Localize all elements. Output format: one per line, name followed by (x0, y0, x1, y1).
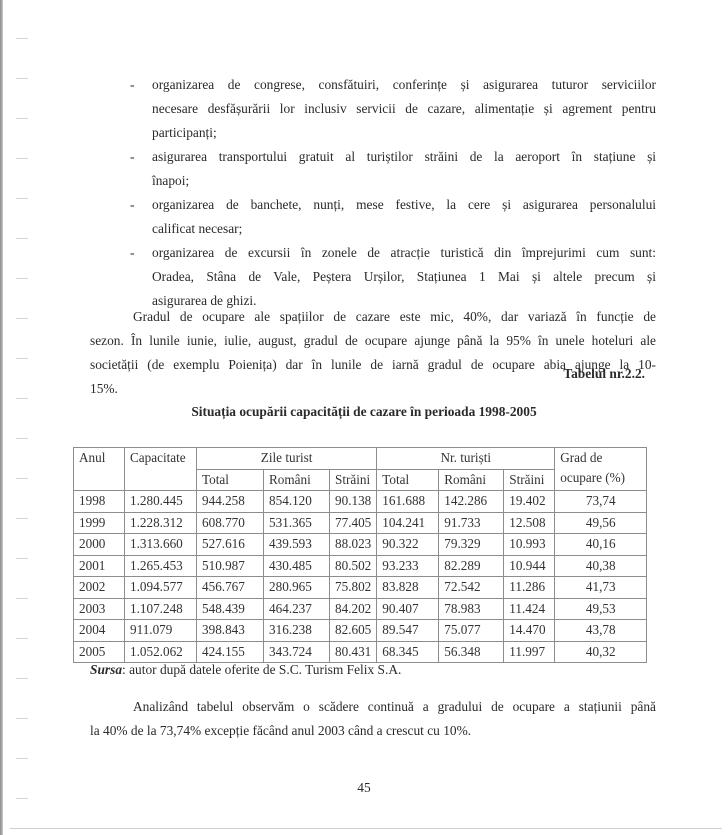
paragraph-1-line-1: Gradul de ocupare ale spațiilor de cazar… (133, 309, 656, 325)
table-cell: 82.605 (330, 620, 377, 642)
table-cell: 161.688 (377, 491, 439, 513)
table-cell: 40,38 (555, 555, 647, 577)
bullet-marker: - (130, 77, 134, 93)
table-cell: 80.502 (330, 555, 377, 577)
table-source: Sursa: autor după datele oferite de S.C.… (90, 662, 401, 678)
table-cell: 398.843 (197, 620, 264, 642)
bullet-4-line-2: Oradea, Stâna de Vale, Peștera Urșilor, … (152, 269, 656, 285)
table-cell: 77.405 (330, 512, 377, 534)
header-occupancy-line-1: Grad de (560, 448, 641, 468)
edge-mark (16, 278, 28, 279)
table-cell: 911.079 (125, 620, 197, 642)
table-cell: 40,16 (555, 534, 647, 556)
bullet-marker: - (130, 197, 134, 213)
table-cell: 104.241 (377, 512, 439, 534)
table-cell: 90.138 (330, 491, 377, 513)
table-cell: 82.289 (439, 555, 504, 577)
table-cell: 548.439 (197, 598, 264, 620)
source-label: Sursa (90, 662, 122, 677)
header-capacity: Capacitate (125, 448, 197, 491)
table-cell: 79.329 (439, 534, 504, 556)
table-cell: 1998 (74, 491, 125, 513)
table-body: 19981.280.445944.258854.12090.138161.688… (74, 491, 647, 663)
table-cell: 75.802 (330, 577, 377, 599)
edge-mark (16, 198, 28, 199)
table-cell: 83.828 (377, 577, 439, 599)
header-tourists-romanians: Români (439, 469, 504, 491)
bullet-marker: - (130, 149, 134, 165)
table-cell: 78.983 (439, 598, 504, 620)
table-cell: 41,73 (555, 577, 647, 599)
header-tourists-foreigners: Străini (504, 469, 555, 491)
table-cell: 10.993 (504, 534, 555, 556)
paragraph-1-line-4: 15%. (90, 381, 118, 397)
edge-mark (16, 798, 28, 799)
table-row: 20021.094.577456.767280.96575.80283.8287… (74, 577, 647, 599)
header-days-foreigners: Străini (330, 469, 377, 491)
table-cell: 2001 (74, 555, 125, 577)
bullet-4-line-1: organizarea de excursii în zonele de atr… (152, 245, 656, 261)
edge-mark (16, 758, 28, 759)
table-cell: 2005 (74, 641, 125, 663)
table-cell: 40,32 (555, 641, 647, 663)
table-cell: 11.286 (504, 577, 555, 599)
occupancy-table: Anul Capacitate Zile turist Nr. turiști … (73, 447, 647, 663)
table-cell: 2004 (74, 620, 125, 642)
header-tourists-total: Total (377, 469, 439, 491)
table-cell: 2000 (74, 534, 125, 556)
table-cell: 944.258 (197, 491, 264, 513)
bullet-3-line-2: calificat necesar; (152, 221, 242, 237)
edge-mark (16, 158, 28, 159)
table-cell: 68.345 (377, 641, 439, 663)
source-text: : autor după datele oferite de S.C. Turi… (122, 662, 401, 677)
table-cell: 72.542 (439, 577, 504, 599)
bullet-3-line-1: organizarea de banchete, nunți, mese fes… (152, 197, 656, 213)
table-cell: 439.593 (264, 534, 330, 556)
page-number: 45 (0, 780, 728, 796)
table-cell: 88.023 (330, 534, 377, 556)
table-cell: 1999 (74, 512, 125, 534)
table-cell: 854.120 (264, 491, 330, 513)
table-reference: Tabelul nr.2.2. (563, 366, 645, 382)
table-cell: 93.233 (377, 555, 439, 577)
edge-mark (16, 638, 28, 639)
table-row: 20051.052.062424.155343.72480.43168.3455… (74, 641, 647, 663)
table-row: 20001.313.660527.616439.59388.02390.3227… (74, 534, 647, 556)
bullet-1-line-2: necesare desfășurării lor inclusiv servi… (152, 101, 656, 117)
table-cell: 142.286 (439, 491, 504, 513)
table-row: 20031.107.248548.439464.23784.20290.4077… (74, 598, 647, 620)
edge-mark (16, 598, 28, 599)
bullet-2-line-2: înapoi; (152, 173, 189, 189)
paragraph-2-line-2: la 40% de la 73,74% excepție făcând anul… (90, 723, 471, 739)
table-cell: 1.265.453 (125, 555, 197, 577)
bullet-2-line-1: asigurarea transportului gratuit al turi… (152, 149, 656, 165)
table-cell: 49,56 (555, 512, 647, 534)
table-cell: 84.202 (330, 598, 377, 620)
table-row: 19991.228.312608.770531.36577.405104.241… (74, 512, 647, 534)
table-cell: 75.077 (439, 620, 504, 642)
table-cell: 510.987 (197, 555, 264, 577)
table-cell: 10.944 (504, 555, 555, 577)
table-cell: 424.155 (197, 641, 264, 663)
bullet-4-line-3: asigurarea de ghizi. (152, 293, 256, 309)
table-cell: 11.424 (504, 598, 555, 620)
table-row: 19981.280.445944.258854.12090.138161.688… (74, 491, 647, 513)
edge-mark (16, 38, 28, 39)
table-cell: 1.228.312 (125, 512, 197, 534)
edge-mark (16, 718, 28, 719)
table-cell: 1.107.248 (125, 598, 197, 620)
table-cell: 316.238 (264, 620, 330, 642)
table-cell: 464.237 (264, 598, 330, 620)
edge-mark (16, 318, 28, 319)
table-cell: 2003 (74, 598, 125, 620)
table-cell: 2002 (74, 577, 125, 599)
table-cell: 280.965 (264, 577, 330, 599)
table-cell: 43,78 (555, 620, 647, 642)
table-cell: 1.280.445 (125, 491, 197, 513)
table-cell: 90.407 (377, 598, 439, 620)
header-year: Anul (74, 448, 125, 491)
header-tourists: Nr. turiști (377, 448, 555, 470)
table-cell: 90.322 (377, 534, 439, 556)
table-cell: 527.616 (197, 534, 264, 556)
edge-mark (16, 478, 28, 479)
header-days-total: Total (197, 469, 264, 491)
table-cell: 11.997 (504, 641, 555, 663)
bullet-marker: - (130, 245, 134, 261)
edge-mark (16, 358, 28, 359)
table-cell: 12.508 (504, 512, 555, 534)
header-occupancy-line-2: ocupare (%) (560, 468, 641, 488)
header-occupancy: Grad de ocupare (%) (555, 448, 647, 491)
table-cell: 531.365 (264, 512, 330, 534)
table-header-row-1: Anul Capacitate Zile turist Nr. turiști … (74, 448, 647, 470)
edge-mark (16, 238, 28, 239)
table-cell: 343.724 (264, 641, 330, 663)
table-cell: 91.733 (439, 512, 504, 534)
edge-mark (16, 398, 28, 399)
table-cell: 1.052.062 (125, 641, 197, 663)
edge-mark (16, 118, 28, 119)
table-cell: 73,74 (555, 491, 647, 513)
table-cell: 19.402 (504, 491, 555, 513)
edge-mark (16, 518, 28, 519)
edge-mark (16, 78, 28, 79)
bottom-rule (10, 828, 722, 829)
table-row: 20011.265.453510.987430.48580.50293.2338… (74, 555, 647, 577)
edge-mark (16, 558, 28, 559)
table-cell: 608.770 (197, 512, 264, 534)
table-cell: 1.313.660 (125, 534, 197, 556)
bullet-1-line-1: organizarea de congrese, consfătuiri, co… (152, 77, 656, 93)
paragraph-2-line-1: Analizând tabelul observăm o scădere con… (133, 699, 656, 715)
bullet-1-line-3: participanți; (152, 125, 217, 141)
table-cell: 430.485 (264, 555, 330, 577)
header-tourist-days: Zile turist (197, 448, 377, 470)
table-cell: 80.431 (330, 641, 377, 663)
paragraph-1-line-2: sezon. În lunile iunie, iulie, august, g… (90, 333, 656, 349)
table-row: 2004911.079398.843316.23882.60589.54775.… (74, 620, 647, 642)
edge-mark (16, 438, 28, 439)
table-cell: 1.094.577 (125, 577, 197, 599)
table-cell: 89.547 (377, 620, 439, 642)
table-cell: 14.470 (504, 620, 555, 642)
table-cell: 49,53 (555, 598, 647, 620)
table-cell: 56.348 (439, 641, 504, 663)
table-title: Situația ocupării capacității de cazare … (0, 404, 728, 420)
edge-mark (16, 678, 28, 679)
header-days-romanians: Români (264, 469, 330, 491)
table-cell: 456.767 (197, 577, 264, 599)
